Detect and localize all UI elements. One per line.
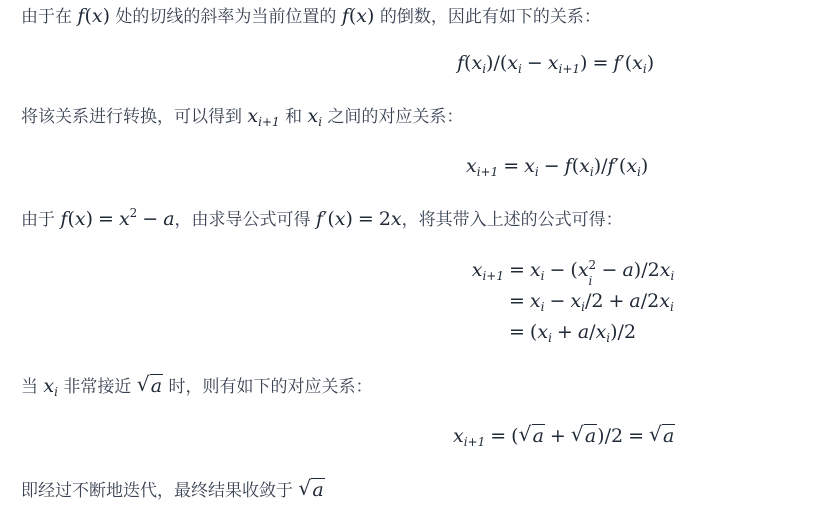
paragraph-3: 由于 f(x)=x2−a，由求导公式可得 f′(x)=2x，将其带入上述的公式可…: [21, 207, 623, 232]
text-segment: 的倒数，因此有如下的关系：: [380, 7, 601, 27]
math-sqrt-a: √a: [298, 478, 324, 502]
text-segment: ，由求导公式可得: [175, 210, 311, 230]
text-segment: 和: [285, 107, 302, 127]
text-segment: 由于: [21, 210, 55, 230]
text-segment: 由于在: [21, 7, 72, 27]
text-segment: 之间的对应关系：: [327, 107, 463, 127]
math-x-i: xi: [43, 375, 58, 397]
text-segment: 即经过不断地迭代，最终结果收敛于: [21, 481, 293, 501]
text-segment: 处的切线的斜率为当前位置的: [115, 7, 336, 27]
aligned-row-2: =xi−xi/2+a/2xi: [462, 288, 674, 319]
math-f-of-x: f(x): [342, 5, 375, 27]
paragraph-1: 由于在 f(x) 处的切线的斜率为当前位置的 f(x) 的倒数，因此有如下的关系…: [21, 4, 601, 29]
math-f-of-x: f(x): [77, 5, 110, 27]
display-equation-1: f(xi)/(xi−xi+1)=f′(xi): [457, 50, 654, 76]
display-equation-3: xi+1=(√a+√a)/2=√a: [453, 423, 675, 449]
math-derivative: f′(x)=2x: [316, 208, 402, 230]
display-equation-2: xi+1=xi−f(xi)/f′(xi): [466, 153, 648, 179]
paragraph-2: 将该关系进行转换，可以得到 xi+1 和 xi 之间的对应关系：: [21, 104, 463, 129]
aligned-row-3: =(xi+a/xi)/2: [462, 319, 674, 350]
math-sqrt-a: √a: [137, 374, 163, 398]
text-segment: 非常接近: [63, 377, 131, 397]
text-segment: 将该关系进行转换，可以得到: [21, 107, 242, 127]
aligned-equations: xi+1=xi−(x2i−a)/2xi =xi−xi/2+a/2xi =(xi+…: [462, 257, 674, 350]
math-x-i-plus-1: xi+1: [247, 105, 279, 127]
paragraph-5: 即经过不断地迭代，最终结果收敛于 √a: [21, 478, 325, 503]
math-f-definition: f(x)=x2−a: [60, 208, 174, 230]
text-segment: 时，则有如下的对应关系：: [169, 377, 373, 397]
text-segment: 当: [21, 377, 38, 397]
aligned-row-1: xi+1=xi−(x2i−a)/2xi: [462, 257, 674, 288]
paragraph-4: 当 xi 非常接近 √a 时，则有如下的对应关系：: [21, 374, 373, 399]
math-x-i: xi: [307, 105, 322, 127]
text-segment: ，将其带入上述的公式可得：: [402, 210, 623, 230]
